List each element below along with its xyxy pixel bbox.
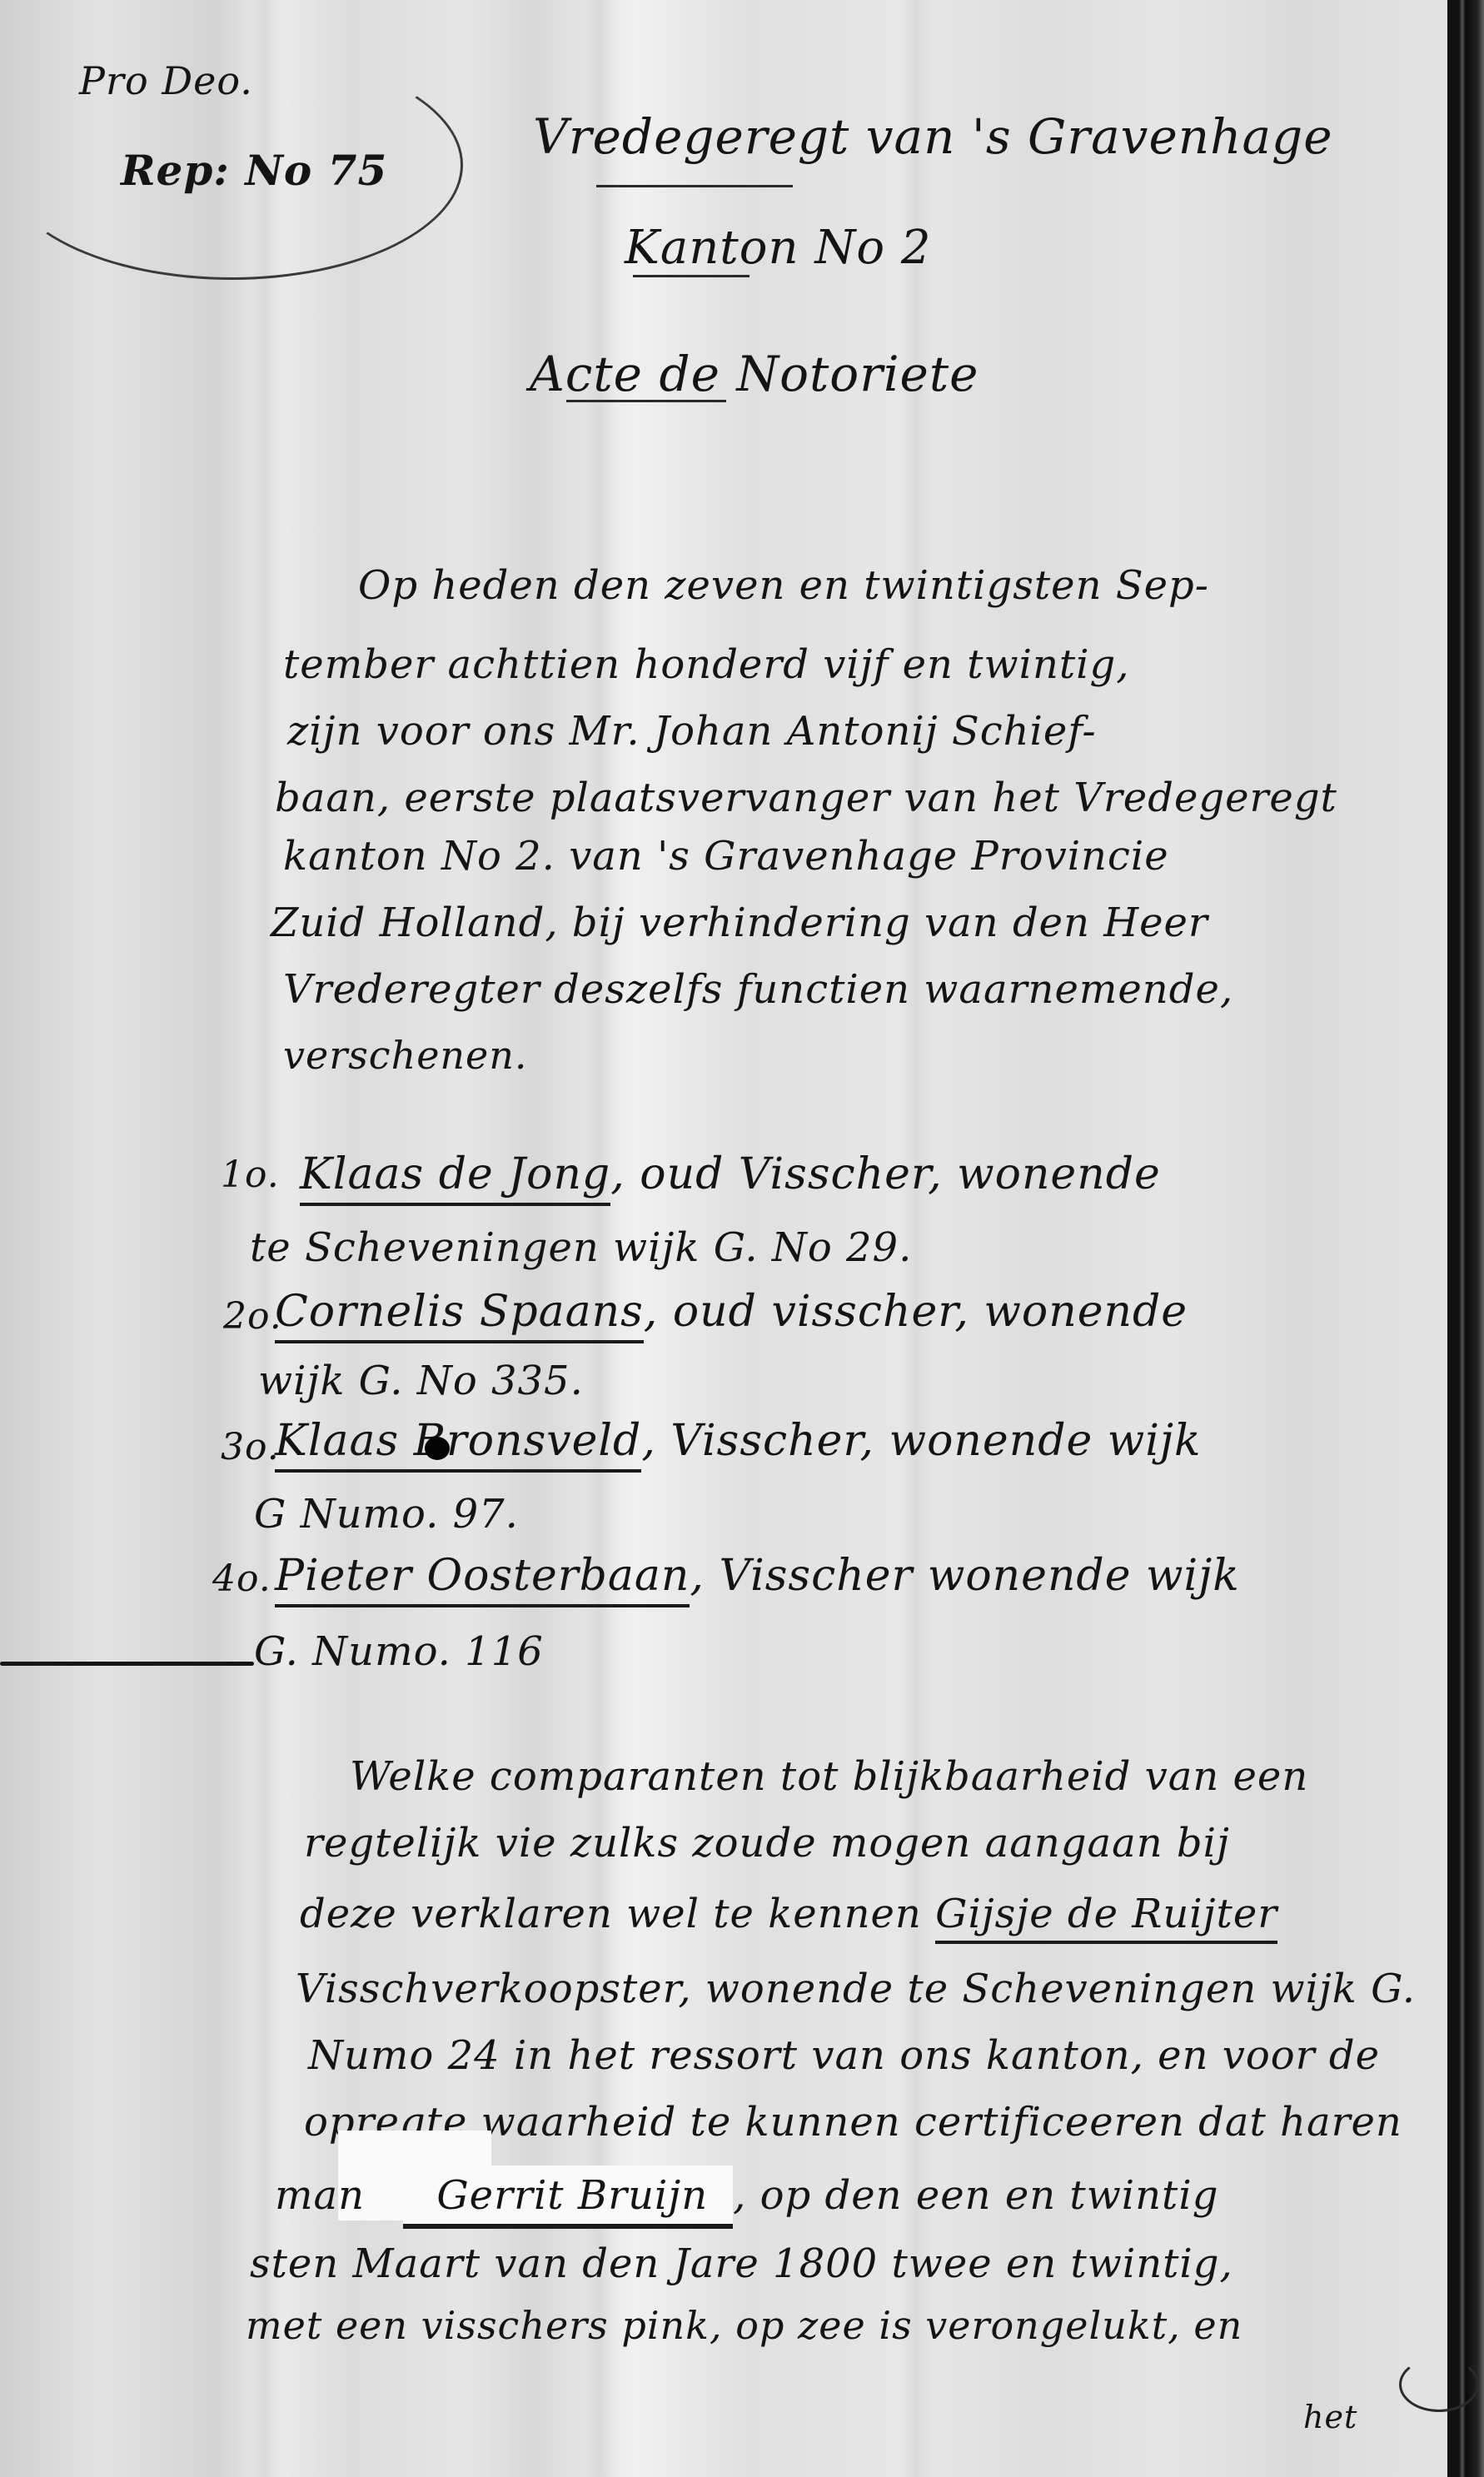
heading-rule (633, 275, 749, 277)
declaration-line: sten Maart van den Jare 1800 twee en twi… (250, 2240, 1233, 2287)
canton-heading: Kanton No 2 (625, 221, 932, 275)
witness-name: Klaas de Jong (300, 1149, 610, 1206)
declaration-line: Welke comparanten tot blijkbaarheid van … (350, 1753, 1308, 1800)
witness-name: Cornelis Spaans (275, 1287, 644, 1343)
witness-address: G Numo. 97. (254, 1491, 519, 1538)
declaration-line: Numo 24 in het ressort van ons kanton, e… (308, 2032, 1380, 2079)
witness-description: , Visscher, wonende wijk (641, 1416, 1201, 1466)
margin-stamp-repertory-number: Rep: No 75 (121, 146, 387, 195)
witness-description: , oud visscher, wonende (644, 1287, 1188, 1337)
declaration-text: , op den een en twintig (733, 2172, 1218, 2219)
catchword: het (1303, 2399, 1357, 2435)
declaration-line: Visschverkoopster, wonende te Schevening… (296, 1966, 1416, 2012)
witness-address: G. Numo. 116 (254, 1628, 544, 1675)
person-name-gijsje: Gijsje de Ruijter (935, 1891, 1277, 1944)
person-name-gerrit-bruijn: Gerrit Bruijn (403, 2166, 733, 2229)
declaration-line: met een visschers pink, op zee is verong… (246, 2303, 1242, 2348)
intro-line: Vrederegter deszelfs functien waarnemend… (283, 966, 1233, 1013)
intro-line: Op heden den zeven en twintigsten Sep- (358, 562, 1209, 609)
witness-number: 1o. (221, 1154, 280, 1196)
document-title: Acte de Notoriete (530, 346, 979, 402)
intro-line: zijn voor ons Mr. Johan Antonij Schief- (287, 708, 1097, 755)
court-heading: Vredegeregt van 's Gravenhage (533, 108, 1333, 165)
page-edge-binding (1447, 0, 1484, 2477)
declaration-line: regtelijk vie zulks zoude mogen aangaan … (304, 1820, 1230, 1866)
declaration-text: man (275, 2172, 365, 2219)
witness-number: 4o. (212, 1557, 271, 1600)
witness-line: Cornelis Spaans, oud visscher, wonende (275, 1287, 1188, 1337)
intro-line: tember achttien honderd vijf en twintig, (283, 641, 1129, 688)
intro-line: verschenen. (283, 1033, 528, 1078)
declaration-line: deze verklaren wel te kennen Gijsje de R… (300, 1891, 1277, 1937)
witness-line: Klaas Bronsveld, Visscher, wonende wijk (275, 1416, 1202, 1466)
intro-line: Zuid Holland, bij verhindering van den H… (271, 900, 1208, 946)
witness-description: , Visscher wonende wijk (690, 1551, 1239, 1601)
witness-description: , oud Visscher, wonende (610, 1149, 1161, 1199)
witness-address: wijk G. No 335. (258, 1358, 584, 1404)
document-page: Pro Deo. Rep: No 75 Vredegeregt van 's G… (0, 0, 1484, 2477)
margin-ink-stroke (0, 1662, 254, 1666)
catchword-circle (1399, 2357, 1479, 2412)
witness-line: Pieter Oosterbaan, Visscher wonende wijk (275, 1551, 1240, 1601)
witness-name: Klaas Bronsveld (275, 1416, 641, 1473)
ink-blot (425, 1437, 450, 1460)
witness-number: 2o. (223, 1295, 282, 1338)
declaration-line: man Gerrit Bruijn, op den een en twintig (275, 2166, 1218, 2229)
witness-name: Pieter Oosterbaan (275, 1551, 690, 1607)
witness-address: te Scheveningen wijk G. No 29. (250, 1224, 912, 1271)
margin-stamp-pro-deo: Pro Deo. (79, 58, 253, 103)
heading-rule (596, 185, 793, 187)
witness-number: 3o. (221, 1426, 280, 1468)
declaration-text: deze verklaren wel te kennen (300, 1891, 922, 1937)
intro-line: kanton No 2. van 's Gravenhage Provincie (283, 833, 1169, 880)
witness-line: Klaas de Jong, oud Visscher, wonende (300, 1149, 1161, 1199)
heading-rule (566, 400, 726, 402)
intro-line: baan, eerste plaatsvervanger van het Vre… (275, 775, 1337, 821)
